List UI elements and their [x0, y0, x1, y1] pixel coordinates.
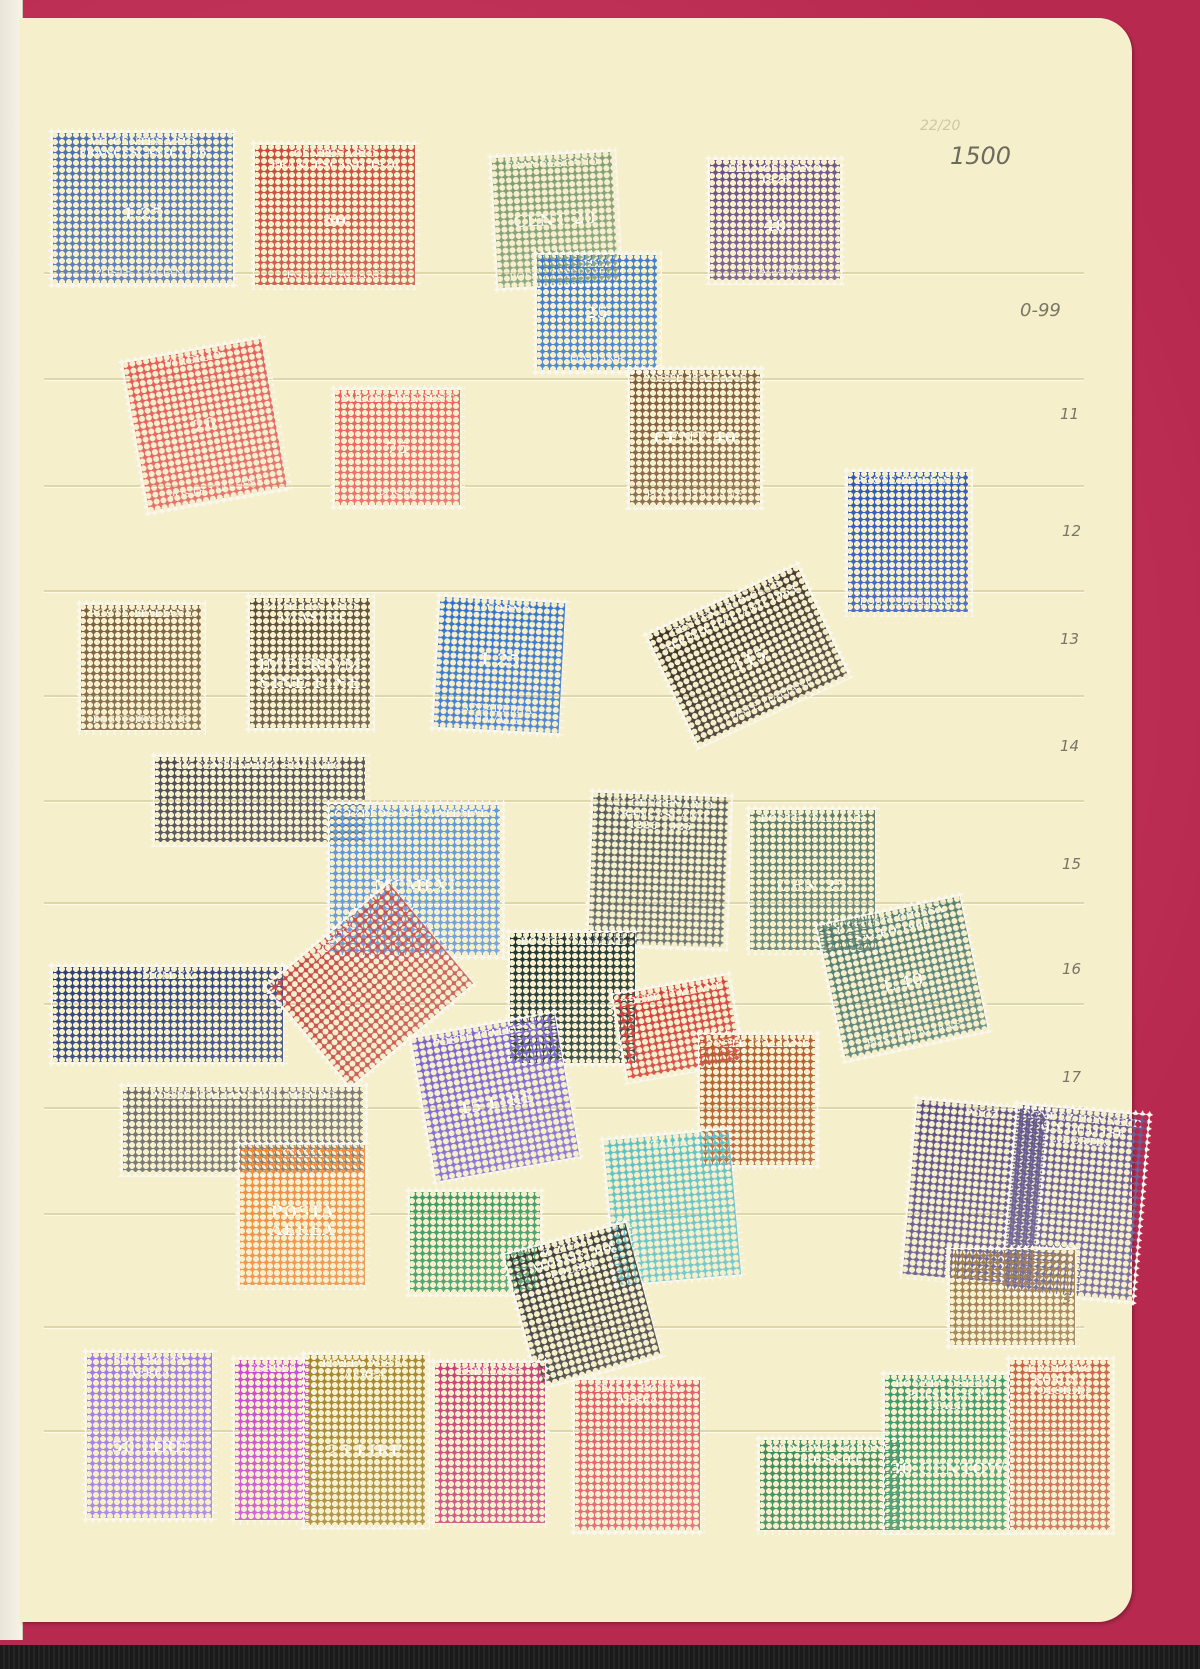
row-number-note: 15	[1062, 855, 1081, 873]
stamp-country: POSTE	[378, 490, 416, 501]
stamp-polska-red: KROLOWO KORONY POLSKIEJ	[1005, 1355, 1115, 1535]
stamp-denomination: 1.25	[123, 205, 164, 223]
row-number-note: 12	[1062, 522, 1081, 540]
stamp-polska-30: POCZTA OSIEDLI POLSKICH W ITALII30 CENTO…	[880, 1370, 1015, 1535]
stamp-espresso-pink: ESPRESSO	[430, 1358, 550, 1528]
stamp-denomination: IMPERIVM SINE FINE	[254, 656, 366, 691]
stamp-country: POSTE ITALIANE	[92, 715, 189, 726]
stamp-country: ACCADEMIA NAVALE	[438, 701, 556, 729]
stamp-inscription: LIVORNO	[473, 603, 531, 617]
stamp-virgilio-75: DVLCES PENDENT75POSTE	[330, 385, 465, 510]
stamp-denomination: 25 LIRE	[327, 1442, 403, 1460]
stamp-inscription: CENTENARIO FRANCESCANO 1926	[259, 149, 411, 171]
stamp-inscription: FRANCESCANO	[505, 157, 600, 173]
stamp-inscription: POSTE ITALIANE	[520, 937, 625, 948]
row-number-note: 17	[1062, 1068, 1081, 1086]
row-number-note: 14	[1060, 737, 1079, 755]
stamp-inscription: IX CENTENARIO SIMENTO	[178, 761, 342, 772]
stamp-inscription: KROLOWO KORONY POLSKIEJ	[764, 1444, 896, 1466]
stamp-inscription: BIMILLENARIO AVGVSTEO	[254, 602, 366, 624]
stamp-francescano-red: CENTENARIO FRANCESCANO 192660POSTE ITALI…	[250, 140, 420, 290]
stamp-aerea-50: ITAL POSTA AEREA50 LIRE	[82, 1348, 217, 1523]
stamp-livorno: LIVORNO1.25ACCADEMIA NAVALE	[428, 592, 570, 739]
stamp-denomination: CEN 25	[777, 877, 847, 895]
stamp-denomination: 1.25	[479, 650, 521, 670]
stamp-inscription: 1932	[582, 259, 612, 270]
stamp-denomination: L.40	[882, 970, 926, 996]
stamp-italia-aerea-orange: ITALIAPOSTA AEREA	[235, 1140, 370, 1290]
catalog-range-note: 0-99	[1020, 300, 1061, 321]
faint-note-2220: 22/20	[920, 118, 960, 134]
stamp-country: POSTE ITALIANE	[94, 268, 191, 279]
stamp-country: POSTE ITALIANE	[859, 597, 956, 608]
stamp-denomination: 20	[192, 414, 218, 435]
stamp-denomination: 40	[763, 217, 786, 235]
stamp-inscription: ITAL POSTA AEREA	[91, 1357, 208, 1379]
stamp-inscription: ESPRESSO	[457, 1367, 522, 1378]
stamp-augusteo: BIMILLENARIO AVGVSTEOIMPERIVM SINE FINE	[245, 593, 375, 733]
stamp-inscription: POSTE ITALIANE DEL MONDO	[150, 1091, 336, 1102]
stamp-country: POSTE ITALIANE	[646, 490, 743, 501]
stamp-country: POSTE ITALIANE	[286, 270, 383, 281]
stamp-denomination: 115	[730, 645, 769, 676]
row-number-note: 11	[1060, 405, 1079, 423]
stamp-inscription: ITALIA POSTA AEREA	[579, 1384, 696, 1406]
stamp-virgilio-red-wavy: VIRGILIO20POSTE ITALIANE	[117, 333, 293, 517]
stamp-denomination: 50 LIRE	[112, 1438, 188, 1456]
stamp-inscription: RENDEZ HONNEUR AUX QUATTRE LIBERTES	[1019, 1109, 1143, 1153]
price-note: 1500	[950, 142, 1011, 170]
stamp-inscription: POSTE ITALIANE	[705, 1039, 810, 1050]
stamp-inscription: POSTE ITALIANE	[643, 374, 748, 385]
row-number-note: 13	[1060, 630, 1079, 648]
stamp-inscription: VIRGILIO	[164, 350, 223, 371]
stamp-inscription: FRANCESCANO 1926	[714, 164, 836, 186]
stamp-denomination: 30 CENTOW	[890, 1460, 1006, 1478]
stamp-mcmxx-blue: MCM XX	[48, 962, 288, 1067]
stamp-denomination: 15 LIRE	[458, 1088, 535, 1118]
stamp-inscription: KROLOWO KORONY POLSKIEJ	[1014, 1364, 1106, 1397]
stamp-inscription: VII CENTENARIO FRANCESCANO 1226 1926	[596, 797, 724, 834]
row-number-note: 16	[1062, 960, 1081, 978]
stamp-inscription: DVLCES PENDENT	[341, 394, 455, 405]
stamp-country: ITALIANE	[569, 355, 624, 366]
stamp-country: ITALIANE	[747, 265, 802, 276]
stamp-denomination: POSTA AEREA	[244, 1203, 361, 1238]
stamp-poste-violet-15: POSTE ITALIANE15 LIRE	[406, 1008, 586, 1188]
stamp-inscription: POSTE ITALIANE	[89, 609, 194, 620]
stamp-aerea-25: ITALIA POSTA AEREA25 LIRE	[300, 1350, 430, 1530]
stamp-inscription: MCM XX	[142, 971, 194, 982]
stamp-inscription: POSTE ITALIANE	[760, 814, 865, 825]
stamp-inscription: ESPRES	[248, 1364, 297, 1375]
stamp-denomination: CENT 40	[654, 429, 737, 447]
stamp-denomination: 25	[585, 304, 608, 322]
stamp-inscription: ITALIA	[646, 1137, 689, 1152]
stamp-inscription: POCZ	[965, 1108, 999, 1122]
stamp-francescano-violet: FRANCESCANO 192640ITALIANE	[705, 155, 845, 285]
stamp-garibaldi-blue: 193225ITALIANE	[532, 250, 662, 375]
stamp-denomination: 75	[386, 439, 409, 457]
stamp-denomination: CENT 20	[513, 209, 597, 231]
stamp-denomination: 60	[323, 212, 346, 230]
stamp-soldier-brown: POSTE ITALIANEPOSTE ITALIANE	[76, 600, 206, 735]
stamp-inscription: POSTE ITALIANE	[856, 476, 961, 487]
stamp-francescano-125: VII CENTENARIO FRANCESCANO 19261.25POSTE…	[48, 128, 238, 288]
table-surface	[0, 1645, 1200, 1669]
stamp-dante-40: POSTE ITALIANECENT 40POSTE ITALIANE	[625, 365, 765, 510]
stamp-inscription: VII CENTENARIO FRANCESCANO 1926	[57, 137, 229, 159]
stamp-inscription: ITALIA	[282, 1149, 324, 1160]
stamp-st-peter-blue: POSTE ITALIANEPOSTE ITALIANE	[843, 467, 973, 617]
stamp-aerea-red: ITALIA POSTA AEREA	[570, 1375, 705, 1535]
stamp-inscription: ITALIA POSTA AEREA	[309, 1359, 421, 1381]
stamp-cross-brown	[945, 1245, 1080, 1350]
stamp-inscription: CORREOS DE GVATEMALA	[334, 809, 496, 820]
stamp-inscription: POCZTA OSIEDLI POLSKICH W ITALII	[889, 1379, 1006, 1412]
